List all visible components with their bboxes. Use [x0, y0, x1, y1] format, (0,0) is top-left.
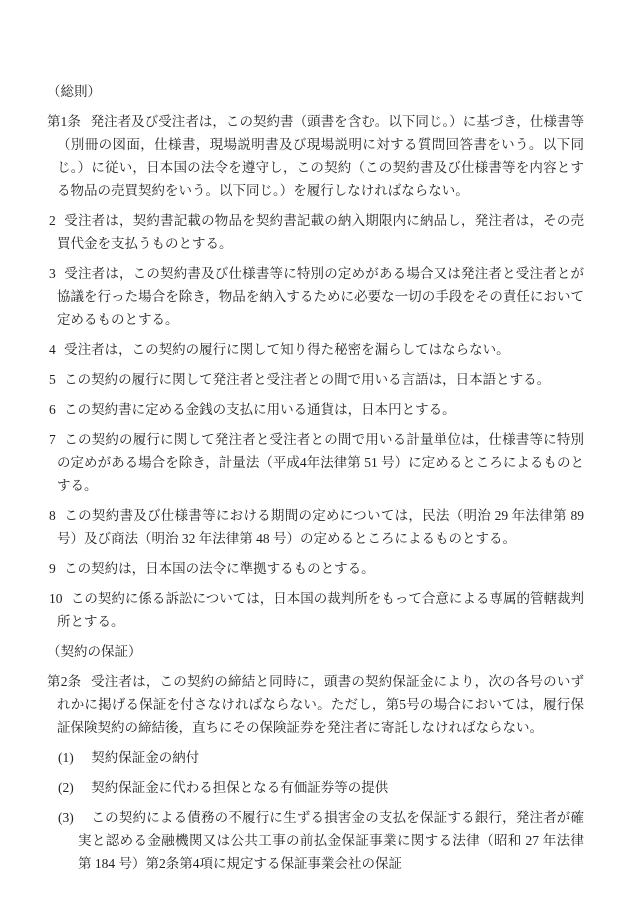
- paragraph-9-number: 9: [49, 561, 56, 576]
- paragraph-2-text: 受注者は，契約書記載の物品を契約書記載の納入期限内に納品し，発注者は，その売買代…: [57, 213, 584, 251]
- paragraph-4-text: 受注者は，この契約の履行に関して知り得た秘密を漏らしてはならない。: [64, 342, 510, 357]
- paragraph-4: 4受注者は，この契約の履行に関して知り得た秘密を漏らしてはならない。: [47, 338, 584, 361]
- paragraph-7-text: この契約の履行に関して発注者と受注者との間で用いる計量単位は，仕様書等に特別の定…: [57, 432, 584, 493]
- paragraph-4-number: 4: [49, 342, 56, 357]
- article-2-number: 第2条: [47, 674, 81, 689]
- list-item-3-number: (3): [58, 810, 74, 825]
- article-2: 第2条受注者は，この契約の締結と同時に，頭書の契約保証金により，次の各号のいずれ…: [47, 670, 584, 739]
- contract-text-body: （総則） 第1条発注者及び受注者は，この契約書（頭書を含む。以下同じ。）に基づき…: [47, 80, 584, 882]
- section-heading-contract-guarantee: （契約の保証）: [47, 640, 584, 663]
- article-2-text: 受注者は，この契約の締結と同時に，頭書の契約保証金により，次の各号のいずれかに掲…: [57, 674, 584, 735]
- list-item-1-text: 契約保証金の納付: [91, 750, 199, 765]
- list-item-2-text: 契約保証金に代わる担保となる有価証券等の提供: [91, 780, 388, 795]
- list-item-1-number: (1): [58, 750, 74, 765]
- paragraph-10-number: 10: [49, 591, 63, 606]
- paragraph-6-text: この契約書に定める金銭の支払に用いる通貨は，日本円とする。: [64, 402, 456, 417]
- paragraph-10: 10この契約に係る訴訟については，日本国の裁判所をもって合意による専属的管轄裁判…: [47, 587, 584, 633]
- paragraph-3-text: 受注者は，この契約書及び仕様書等に特別の定めがある場合又は発注者と受注者とが協議…: [57, 266, 584, 327]
- paragraph-6: 6この契約書に定める金銭の支払に用いる通貨は，日本円とする。: [47, 398, 584, 421]
- paragraph-6-number: 6: [49, 402, 56, 417]
- paragraph-10-text: この契約に係る訴訟については，日本国の裁判所をもって合意による専属的管轄裁判所と…: [57, 591, 584, 629]
- paragraph-5: 5この契約の履行に関して発注者と受注者との間で用いる言語は，日本語とする。: [47, 368, 584, 391]
- paragraph-7-number: 7: [49, 432, 56, 447]
- paragraph-3-number: 3: [49, 266, 56, 281]
- article-1: 第1条発注者及び受注者は，この契約書（頭書を含む。以下同じ。）に基づき，仕様書等…: [47, 110, 584, 202]
- paragraph-8-number: 8: [49, 508, 56, 523]
- article-1-number: 第1条: [47, 114, 81, 129]
- paragraph-5-number: 5: [49, 372, 56, 387]
- paragraph-3: 3受注者は，この契約書及び仕様書等に特別の定めがある場合又は発注者と受注者とが協…: [47, 262, 584, 331]
- paragraph-8: 8この契約書及び仕様書等における期間の定めについては，民法（明治 29 年法律第…: [47, 504, 584, 550]
- list-item-1: (1)契約保証金の納付: [47, 746, 584, 769]
- list-item-2: (2)契約保証金に代わる担保となる有価証券等の提供: [47, 776, 584, 799]
- article-1-text: 発注者及び受注者は，この契約書（頭書を含む。以下同じ。）に基づき，仕様書等（別冊…: [57, 114, 584, 198]
- paragraph-7: 7この契約の履行に関して発注者と受注者との間で用いる計量単位は，仕様書等に特別の…: [47, 428, 584, 497]
- section-heading-general-provisions: （総則）: [47, 80, 584, 103]
- paragraph-2-number: 2: [49, 213, 56, 228]
- paragraph-5-text: この契約の履行に関して発注者と受注者との間で用いる言語は，日本語とする。: [64, 372, 550, 387]
- list-item-3-text: この契約による債務の不履行に生ずる損害金の支払を保証する銀行，発注者が確実と認め…: [78, 810, 584, 871]
- paragraph-9: 9この契約は，日本国の法令に準拠するものとする。: [47, 557, 584, 580]
- paragraph-8-text: この契約書及び仕様書等における期間の定めについては，民法（明治 29 年法律第 …: [57, 508, 584, 546]
- list-item-3: (3)この契約による債務の不履行に生ずる損害金の支払を保証する銀行，発注者が確実…: [47, 806, 584, 875]
- paragraph-9-text: この契約は，日本国の法令に準拠するものとする。: [64, 561, 375, 576]
- document-page: （総則） 第1条発注者及び受注者は，この契約書（頭書を含む。以下同じ。）に基づき…: [0, 0, 630, 903]
- list-item-2-number: (2): [58, 780, 74, 795]
- paragraph-2: 2受注者は，契約書記載の物品を契約書記載の納入期限内に納品し，発注者は，その売買…: [47, 209, 584, 255]
